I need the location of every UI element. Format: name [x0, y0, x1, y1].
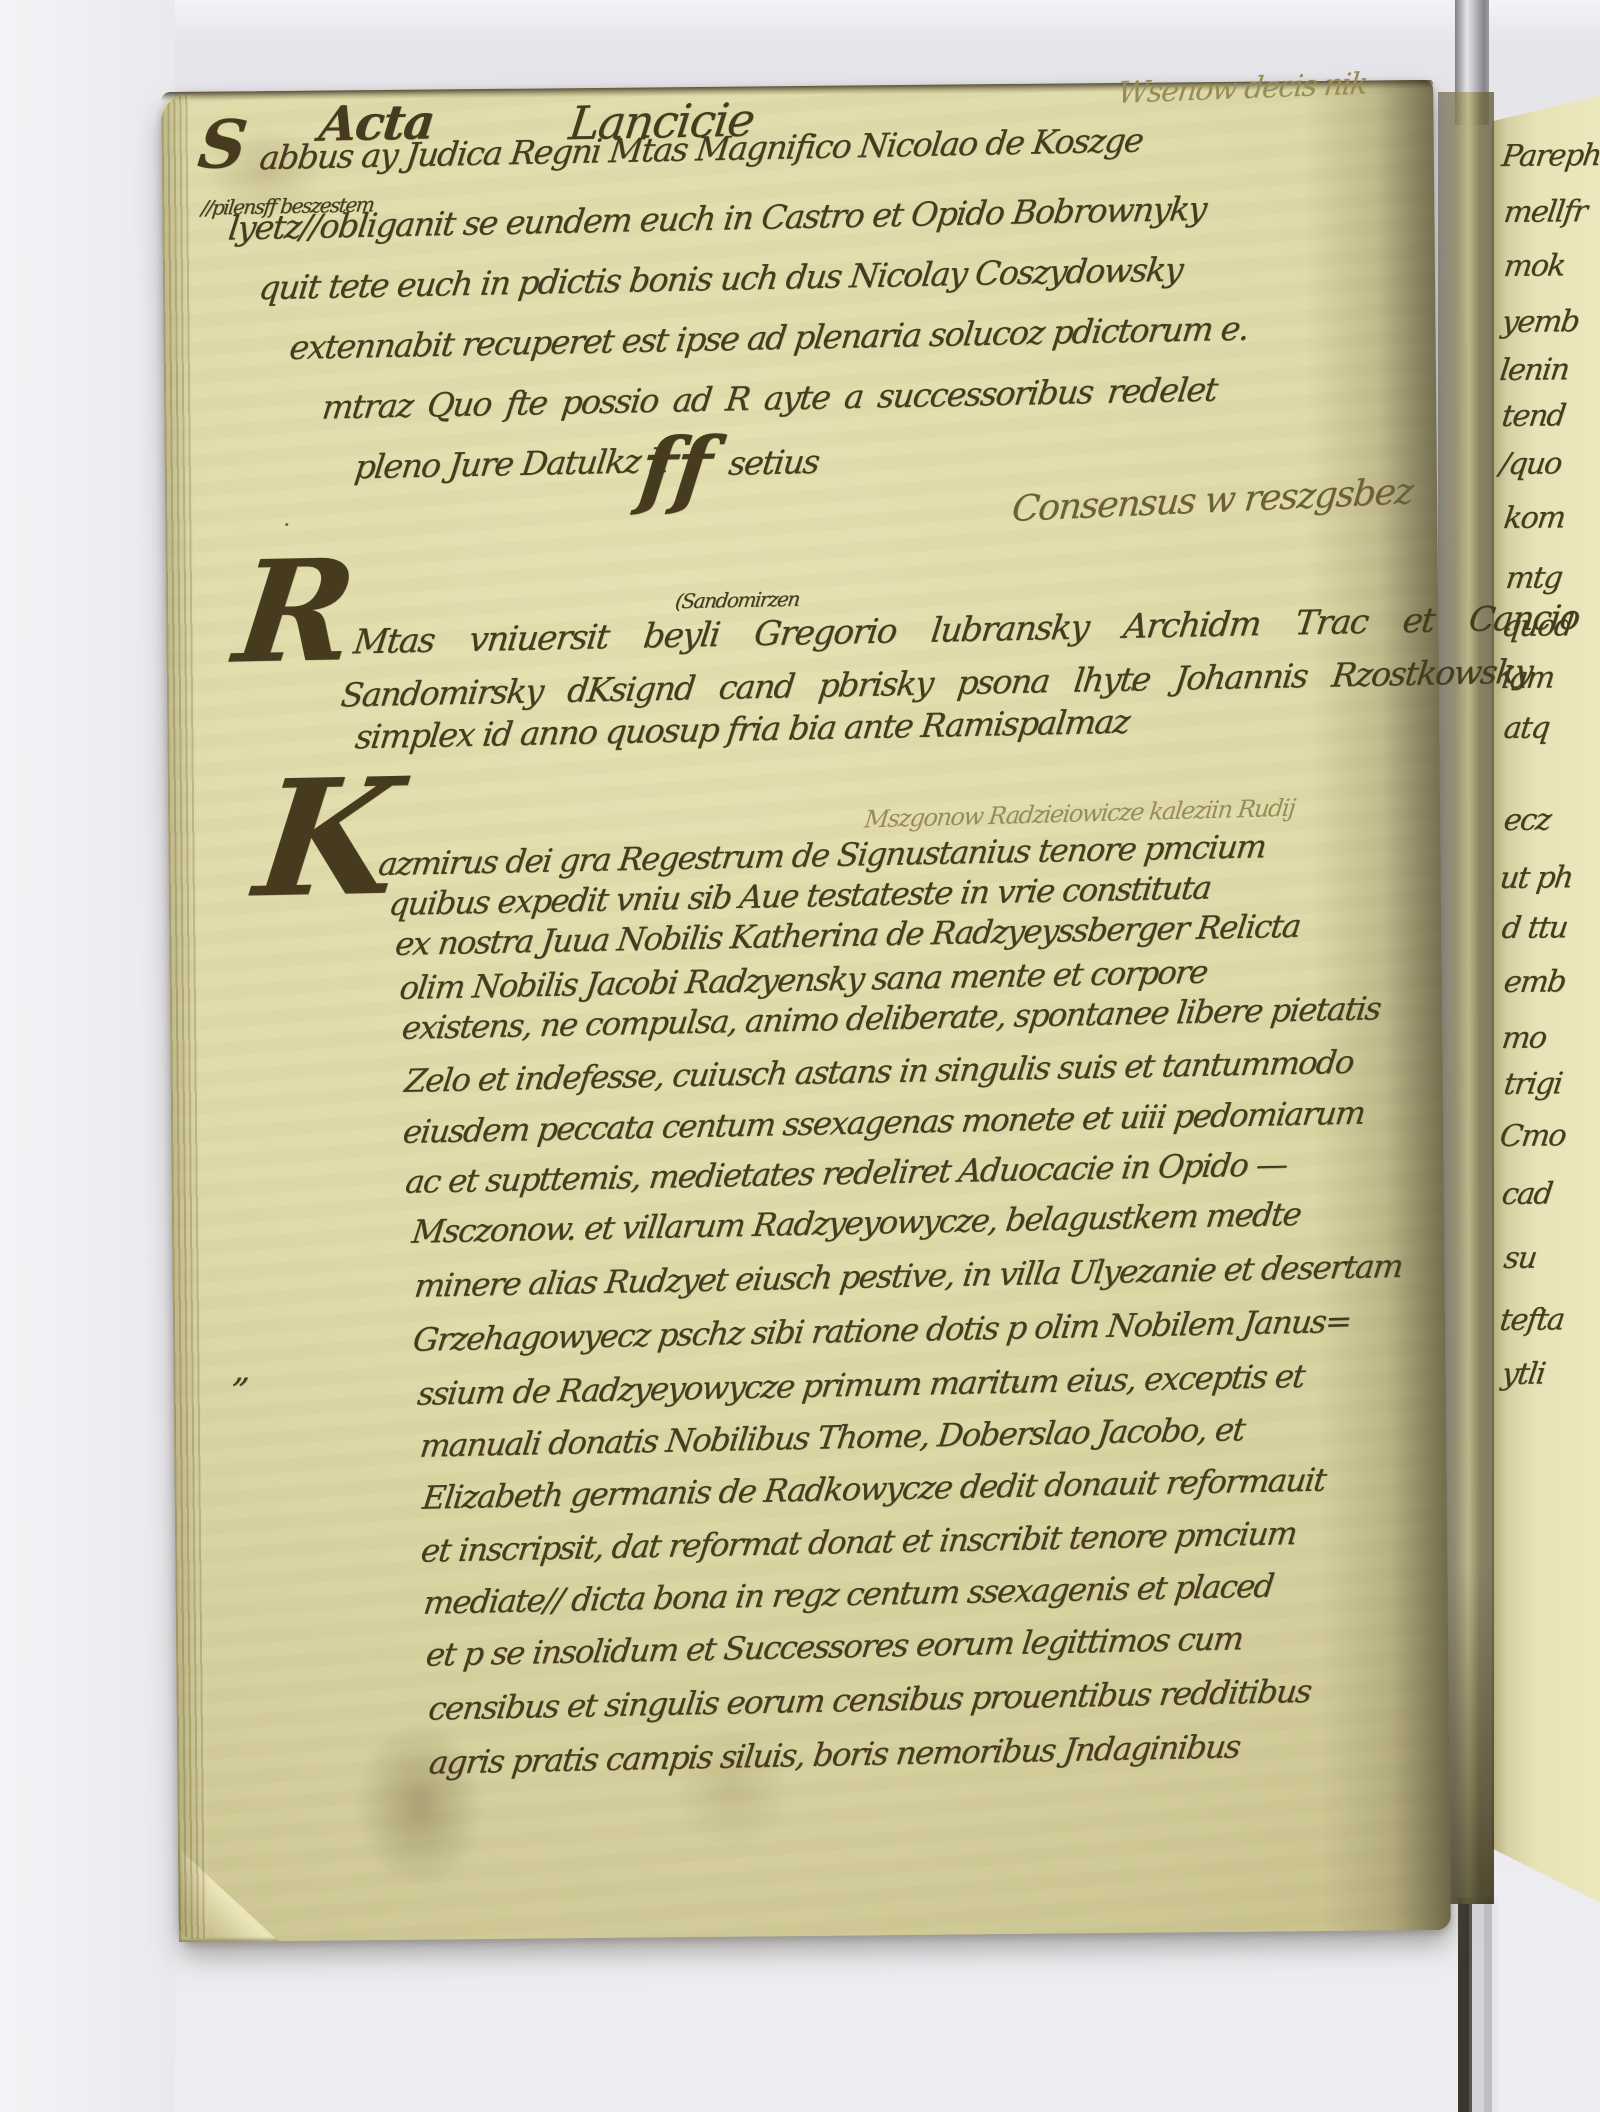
facing-page-line: mo: [1500, 1024, 1547, 1054]
consensus-note: Consensus w reszgsbez: [1010, 474, 1414, 528]
facing-page-line: mtg: [1504, 563, 1563, 594]
facing-page-line: cad: [1500, 1179, 1553, 1210]
manuscript-line: Zelo et indefesse, cuiusch astans in sin…: [403, 1046, 1355, 1097]
initial-r: R: [229, 541, 361, 683]
facing-page-line: d ttu: [1500, 913, 1569, 944]
facing-page-line: trigi: [1502, 1069, 1563, 1100]
manuscript-text: ActaLancicieWsenow decis nikSabbus ay Ju…: [161, 80, 1451, 1942]
manuscript-line: ac et supttemis, medietates redeliret Ad…: [404, 1148, 1289, 1198]
manuscript-line: extennabit recuperet est ipse ad plenari…: [288, 312, 1250, 364]
initial-s: S: [195, 111, 249, 178]
margin-mark: „: [232, 1353, 252, 1387]
facing-page-line: atq: [1502, 714, 1551, 744]
manuscript-line: agris pratis campis siluis, boris nemori…: [427, 1730, 1241, 1778]
flourish-ff: ff: [635, 426, 714, 511]
initial-k: K: [249, 756, 406, 919]
facing-page-text: Parephmellfrmokyemblenintend/quokommtgqu…: [1492, 96, 1600, 1910]
facing-page-line: Cmo: [1498, 1121, 1567, 1152]
manuscript-line: setius: [727, 445, 821, 480]
book-cradle-rod-bottom: [1458, 1898, 1498, 2112]
manuscript-line: Mtas vniuersit beyli Gregorio lubransky …: [352, 601, 1581, 660]
manuscript-line: mtraz Quo fte possio ad R ayte a success…: [320, 373, 1218, 424]
manuscript-line: eiusdem peccata centum ssexagenas monete…: [401, 1097, 1366, 1148]
manuscript-line: et inscripsit, dat reformat donat et ins…: [419, 1517, 1298, 1567]
manuscript-line: mediate// dicta bona in regz centum ssex…: [422, 1570, 1275, 1619]
facing-page-line: ut ph: [1498, 863, 1574, 894]
manuscript-line: Msczonow. et villarum Radzyeyowycze, bel…: [410, 1198, 1302, 1248]
facing-page-line: ytli: [1500, 1360, 1546, 1390]
manuscript-line: et p se insolidum et Successores eorum l…: [424, 1622, 1244, 1670]
interlinear-note: (Sandomirzen: [674, 589, 800, 611]
facing-page-line: /quo: [1498, 449, 1563, 480]
faded-annotation: Wsenow decis nik: [1116, 70, 1368, 109]
facing-page-line: mellfr: [1502, 197, 1588, 228]
manuscript-line: manuali donatis Nobilibus Thome, Dobersl…: [418, 1413, 1246, 1462]
faded-annotation: Mszgonow Radzieiowicze kaleziin Rudij: [863, 796, 1295, 832]
manuscript-line: simplex id anno quosup fria bia ante Ram…: [354, 705, 1131, 754]
manuscript-line: ssium de Radzyeyowycze primum maritum ei…: [416, 1360, 1306, 1410]
manuscript-page: ActaLancicieWsenow decis nikSabbus ay Ju…: [161, 80, 1451, 1942]
manuscript-line: minere alias Rudzyet eiusch pestive, in …: [413, 1250, 1404, 1302]
scan-background-left-margin: [0, 0, 175, 2112]
manuscript-line: pleno Jure Datulkz h: [353, 444, 671, 483]
manuscript-line: Grzehagowyecz pschz sibi ratione dotis p…: [411, 1305, 1352, 1356]
facing-page-line: tend: [1500, 401, 1566, 432]
facing-page-line: su: [1502, 1244, 1538, 1274]
facing-page-line: yemb: [1500, 307, 1580, 338]
manuscript-line: censibus et singulis eorum censibus prou…: [427, 1675, 1313, 1725]
manuscript-line: Elizabeth germanis de Radkowycze dedit d…: [421, 1464, 1327, 1514]
facing-page-line: kom: [1502, 503, 1566, 534]
facing-page-edge: Parephmellfrmokyemblenintend/quokommtgqu…: [1492, 96, 1600, 1910]
facing-page-line: mok: [1502, 251, 1566, 282]
facing-page-line: ecz: [1502, 806, 1552, 836]
manuscript-line: Sandomirsky dKsignd cand pbrisky psona l…: [339, 655, 1534, 712]
facing-page-line: Pareph: [1500, 141, 1600, 172]
facing-page-line: emb: [1502, 967, 1567, 998]
facing-page-line: tefta: [1498, 1305, 1565, 1336]
facing-page-line: lenin: [1498, 355, 1570, 386]
manuscript-line: quit tete euch in pdictis bonis uch dus …: [257, 253, 1184, 305]
